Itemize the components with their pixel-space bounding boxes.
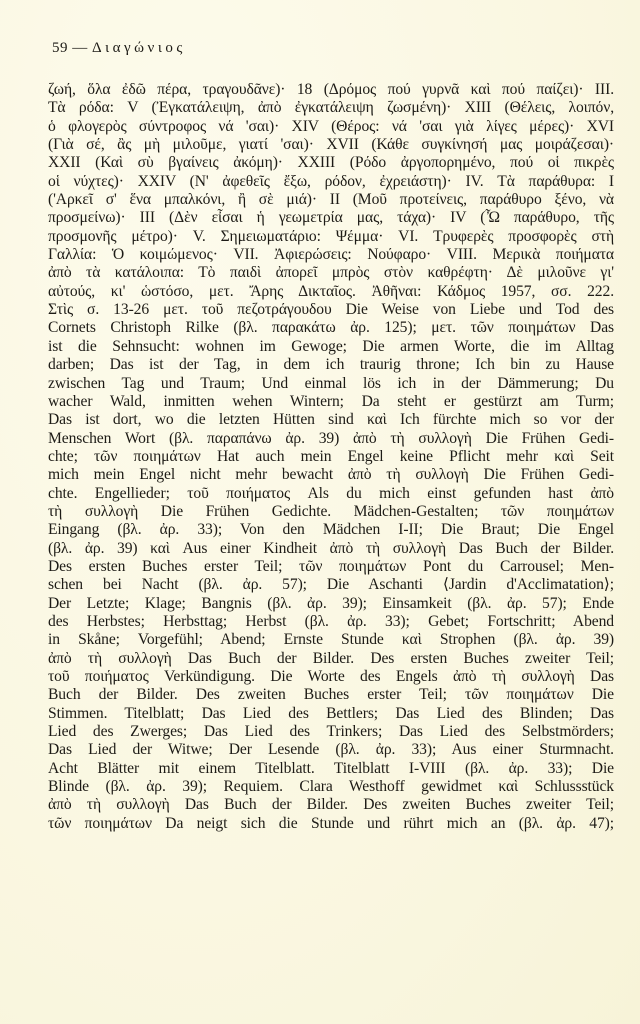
text-line: ἀπὸ τὴ συλλογὴ Das Buch der Bilder. Des … [48,650,614,668]
text-line: Menschen Wort (βλ. παραπάνω ἀρ. 39) ἀπὸ … [48,430,614,448]
text-line: (βλ. ἀρ. 39) καὶ Aus einer Kindheit ἀπὸ … [48,540,614,558]
text-line: mich mein Engel nicht mehr bewacht ἀπὸ τ… [48,466,614,484]
text-line: in Skåne; Vorgefühl; Abend; Ernste Stund… [48,631,614,649]
text-line: ('Αρκεῖ σ' ἕνα μπαλκόνι, ἢ σὲ μιά)· II (… [48,191,614,209]
text-line: ζωή, ὅλα ἐδῶ πέρα, τραγουδᾶνε)· 18 (Δρόμ… [48,81,614,99]
text-line: τοῦ ποιήματος Verkündigung. Die Worte de… [48,668,614,686]
document-page: 59 — Διαγώνιος ζωή, ὅλα ἐδῶ πέρα, τραγου… [0,0,640,1024]
running-head: 59 — Διαγώνιος [52,40,186,57]
header-separator: — [72,40,88,56]
text-line: chte. Engellieder; τοῦ ποιήματος Als du … [48,485,614,503]
body-text: ζωή, ὅλα ἐδῶ πέρα, τραγουδᾶνε)· 18 (Δρόμ… [48,81,614,833]
text-line: Γαλλία: Ὁ κοιμώμενος· VII. Ἀφιερώσεις: Ν… [48,246,614,264]
text-line: προσμονῆς μέτρο)· V. Σημειωματάριο: Ψέμμ… [48,228,614,246]
text-line: προσμείνω)· III (Δὲν εἶσαι ἡ γεωμετρία μ… [48,209,614,227]
text-line: οἱ νύχτες)· XXIV (Ν' ἀφεθεῖς ἔξω, ρόδον,… [48,173,614,191]
text-line: Τὰ ρόδα: V (Ἐγκατάλειψη, ἀπὸ ἐγκατάλειψη… [48,99,614,117]
text-line: Acht Blätter mit einem Titelblatt. Titel… [48,760,614,778]
text-line: Eingang (βλ. ἀρ. 33); Von den Mädchen I-… [48,521,614,539]
text-line: αὐτούς, κι' ὡστόσο, μετ. Ἄρης Δικταῖος. … [48,283,614,301]
text-line: ἀπὸ τὴ συλλογὴ Das Buch der Bilder. Des … [48,796,614,814]
text-line: (Γιὰ σέ, ἂς μὴ μιλοῦμε, γιατί 'σαι)· XVI… [48,136,614,154]
text-line: Des ersten Buches erster Teil; τῶν ποιημ… [48,558,614,576]
text-line: τῶν ποιημάτων Da neigt sich die Stunde u… [48,815,614,833]
text-line: Der Letzte; Klage; Bangnis (βλ. ἀρ. 39);… [48,595,614,613]
text-line: Das ist dort, wo die letzten Hütten sind… [48,411,614,429]
page-number: 59 [52,40,68,56]
text-line: Das Lied der Witwe; Der Lesende (βλ. ἀρ.… [48,741,614,759]
text-line: ist die Sehnsucht: wohnen im Gewoge; Die… [48,338,614,356]
text-line: XXII (Καὶ σὺ βγαίνεις ἀκόμη)· XXIII (Ρόδ… [48,154,614,172]
text-line: des Herbstes; Herbsttag; Herbst (βλ. ἀρ.… [48,613,614,631]
text-line: darben; Das ist der Tag, in dem ich trau… [48,356,614,374]
text-line: ἀπὸ τὰ κατάλοιπα: Τὸ παιδὶ ἀπορεῖ μπρὸς … [48,264,614,282]
text-line: ὁ φλογερὸς σύντροφος νά 'σαι)· XIV (Θέρο… [48,118,614,136]
text-line: Buch der Bilder. Des zweiten Buches erst… [48,686,614,704]
text-line: chte; τῶν ποιημάτων Hat auch mein Engel … [48,448,614,466]
text-line: zwischen Tag und Traum; Und einmal lös i… [48,375,614,393]
running-head-title: Διαγώνιος [92,40,186,56]
text-line: wacher Wald, inmitten wehen Wintern; Da … [48,393,614,411]
text-line: Blinde (βλ. ἀρ. 39); Requiem. Clara West… [48,778,614,796]
text-line: schen bei Nacht (βλ. ἀρ. 57); Die Aschan… [48,576,614,594]
text-line: τὴ συλλογὴ Die Frühen Gedichte. Mädchen-… [48,503,614,521]
text-line: Cornets Christoph Rilke (βλ. παρακάτω ἀρ… [48,319,614,337]
text-line: Lied des Zwerges; Das Lied des Trinkers;… [48,723,614,741]
text-line: Στὶς σ. 13-26 μετ. τοῦ πεζοτράγουδου Die… [48,301,614,319]
text-line: Stimmen. Titelblatt; Das Lied des Bettle… [48,705,614,723]
